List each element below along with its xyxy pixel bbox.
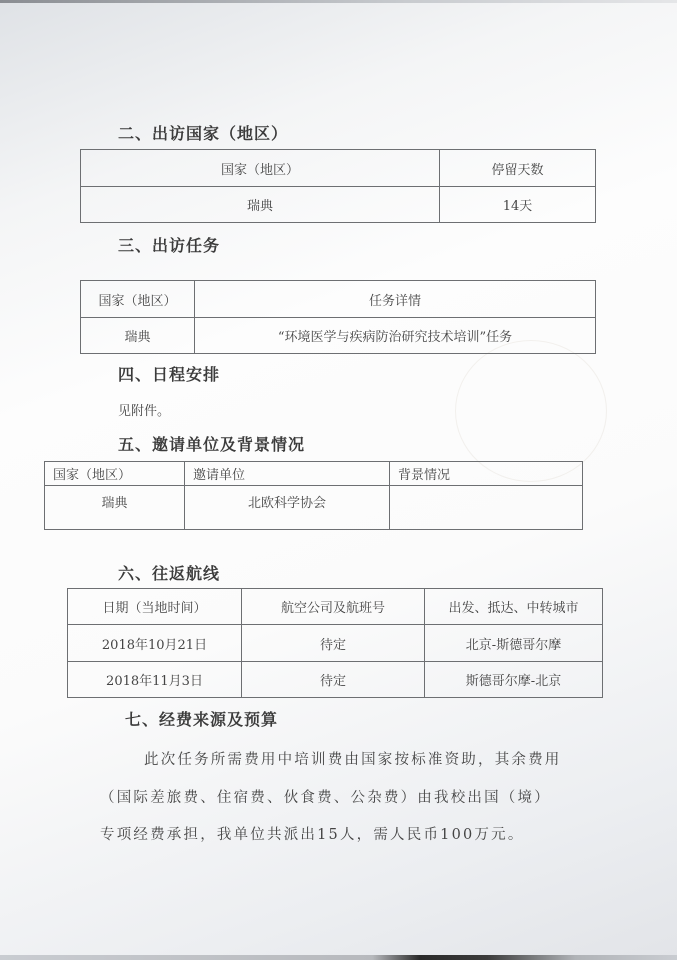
- date-cell: 2018年10月21日: [68, 625, 242, 662]
- header-cell: 任务详情: [195, 281, 596, 318]
- budget-paragraph-line: （国际差旅费、住宿费、伙食费、公杂费）由我校出国（境）: [100, 786, 551, 807]
- country-cell: 瑞典: [45, 486, 185, 530]
- table-row: 2018年10月21日 待定 北京-斯德哥尔摩: [68, 625, 603, 662]
- budget-paragraph-line: 此次任务所需费用中培训费由国家按标准资助，其余费用: [144, 748, 562, 769]
- table-row: 2018年11月3日 待定 斯德哥尔摩-北京: [68, 662, 603, 698]
- route-cell: 斯德哥尔摩-北京: [425, 662, 603, 698]
- table-row: 瑞典 “环境医学与疾病防治研究技术培训”任务: [81, 318, 596, 354]
- section-heading-schedule: 四、日程安排: [118, 362, 220, 385]
- country-cell: 瑞典: [81, 318, 195, 354]
- country-cell: 瑞典: [81, 187, 440, 223]
- table-header-row: 国家（地区） 停留天数: [81, 150, 596, 187]
- header-cell: 国家（地区）: [81, 150, 440, 187]
- scan-top-edge: [0, 0, 677, 3]
- header-cell: 出发、抵达、中转城市: [425, 589, 603, 625]
- route-cell: 北京-斯德哥尔摩: [425, 625, 603, 662]
- header-cell: 邀请单位: [185, 462, 390, 486]
- inviting-organization-cell: 北欧科学协会: [185, 486, 390, 530]
- table-header-row: 国家（地区） 任务详情: [81, 281, 596, 318]
- header-cell: 航空公司及航班号: [242, 589, 425, 625]
- schedule-note: 见附件。: [118, 400, 170, 419]
- flights-table: 日期（当地时间） 航空公司及航班号 出发、抵达、中转城市 2018年10月21日…: [67, 588, 603, 698]
- section-heading-flights: 六、往返航线: [118, 561, 220, 584]
- inviter-table: 国家（地区） 邀请单位 背景情况 瑞典 北欧科学协会: [44, 461, 583, 530]
- header-cell: 日期（当地时间）: [68, 589, 242, 625]
- table-header-row: 日期（当地时间） 航空公司及航班号 出发、抵达、中转城市: [68, 589, 603, 625]
- visit-country-table: 国家（地区） 停留天数 瑞典 14天: [80, 149, 596, 223]
- section-heading-inviter: 五、邀请单位及背景情况: [118, 432, 305, 455]
- stay-days-cell: 14天: [440, 187, 596, 223]
- scan-bottom-edge: [0, 955, 677, 960]
- header-cell: 背景情况: [390, 462, 583, 486]
- budget-paragraph-line: 专项经费承担，我单位共派出15人，需人民币100万元。: [100, 823, 525, 844]
- table-row: 瑞典 14天: [81, 187, 596, 223]
- table-header-row: 国家（地区） 邀请单位 背景情况: [45, 462, 583, 486]
- airline-cell: 待定: [242, 625, 425, 662]
- header-cell: 停留天数: [440, 150, 596, 187]
- table-row: 瑞典 北欧科学协会: [45, 486, 583, 530]
- section-heading-budget: 七、经费来源及预算: [125, 707, 278, 730]
- visit-task-table: 国家（地区） 任务详情 瑞典 “环境医学与疾病防治研究技术培训”任务: [80, 280, 596, 354]
- section-heading-visit-country: 二、出访国家（地区）: [118, 121, 288, 144]
- airline-cell: 待定: [242, 662, 425, 698]
- task-detail-cell: “环境医学与疾病防治研究技术培训”任务: [195, 318, 596, 354]
- header-cell: 国家（地区）: [45, 462, 185, 486]
- date-cell: 2018年11月3日: [68, 662, 242, 698]
- background-cell: [390, 486, 583, 530]
- section-heading-visit-task: 三、出访任务: [118, 233, 220, 256]
- header-cell: 国家（地区）: [81, 281, 195, 318]
